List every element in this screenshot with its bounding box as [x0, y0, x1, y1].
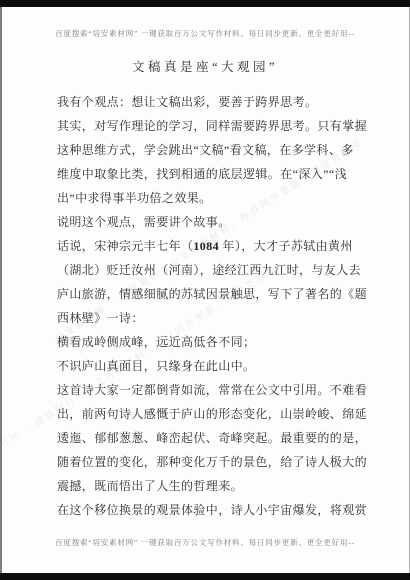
text-line: 震撼，既而悟出了人生的哲理来。 [57, 474, 355, 498]
document-page: 百度搜索“培安素材网” 一键获取百万公文写作材料、每日同步更新、更全更好用-- … [0, 0, 410, 580]
text-line: 说明这个观点，需要讲个故事。 [57, 210, 355, 234]
text-line: 在这个移位换景的观景体验中，诗人小宇宙爆发，将观赏 [57, 498, 355, 522]
footer-watermark: 百度搜索“培安素材网” 一键获取百万公文写作材料、每日同步更新、更全更好用-- [0, 537, 410, 548]
header-watermark: 百度搜索“培安素材网” 一键获取百万公文写作材料、每日同步更新、更全更好用-- [0, 28, 410, 39]
text-line: 出”中求得事半功倍之效果。 [57, 186, 355, 210]
page-top-border [0, 0, 410, 7]
text-line: 我有个观点：想让文稿出彩，要善于跨界思考。 [57, 90, 355, 114]
text-line: 西林壁》一诗： [57, 306, 355, 330]
page-left-edge [0, 0, 2, 580]
text-line: （湖北）贬迁汝州（河南），途经江西九江时，与友人去 [57, 258, 355, 282]
document-title: 文稿真是座“大观园” [0, 57, 410, 75]
text-line: 庐山旅游，情感细腻的苏轼因景触思，写下了著名的《题 [57, 282, 355, 306]
document-body: 我有个观点：想让文稿出彩，要善于跨界思考。其实，对写作理论的学习，同样需要跨界思… [57, 90, 355, 522]
page-bottom-border [0, 573, 410, 580]
text-line: 维度中取象比类，找到相通的底层逻辑。在“深入”“浅 [57, 162, 355, 186]
text-line: 逶迤、郁郁葱葱、峰峦起伏、奇峰突起。最重要的的是， [57, 426, 355, 450]
text-line: 出，前两句诗人感慨于庐山的形态变化，山崇岭峻、绵延 [57, 402, 355, 426]
text-line: 这种思维方式，学会跳出“文稿”看文稿，在多学科、多 [57, 138, 355, 162]
text-line: 其实，对写作理论的学习，同样需要跨界思考。只有掌握 [57, 114, 355, 138]
text-line: 不识庐山真面目，只缘身在此山中。 [57, 354, 355, 378]
text-line: 横看成岭侧成峰，远近高低各不同； [57, 330, 355, 354]
text-line: 这首诗大家一定都倒背如流，常常在公文中引用。不难看 [57, 378, 355, 402]
text-line: 话说，宋神宗元丰七年（1084 年），大才子苏轼由黄州 [57, 234, 355, 258]
text-line: 随着位置的变化，那种变化万千的景色，给了诗人极大的 [57, 450, 355, 474]
